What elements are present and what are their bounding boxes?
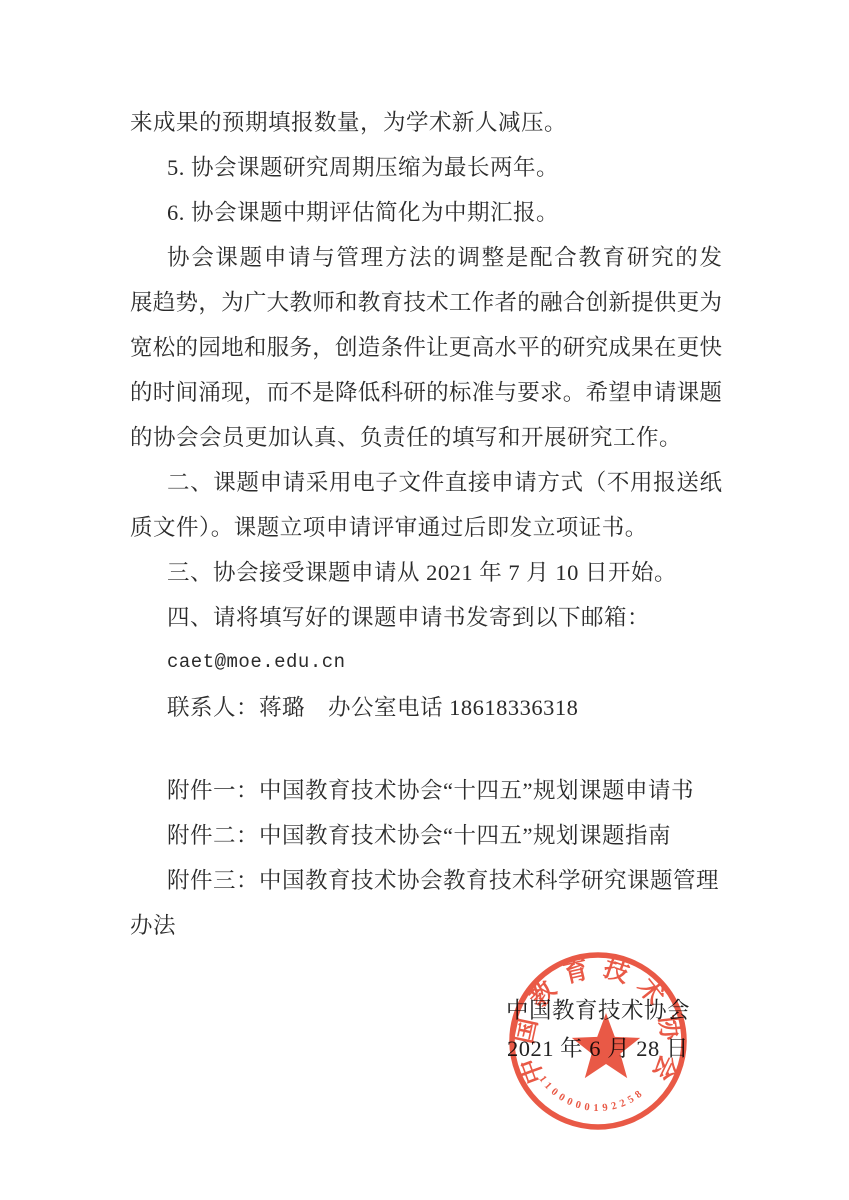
body-line: 5. 协会课题研究周期压缩为最长两年。 xyxy=(130,145,722,190)
body-line: 二、课题申请采用电子文件直接申请方式（不用报送纸 xyxy=(130,460,722,505)
document-body: 来成果的预期填报数量，为学术新人减压。 5. 协会课题研究周期压缩为最长两年。 … xyxy=(130,100,722,948)
seal-serial-number: 1100000192258 xyxy=(536,1074,647,1114)
body-line: 展趋势，为广大教师和教育技术工作者的融合创新提供更为 xyxy=(130,280,722,325)
body-line: 三、协会接受课题申请从 2021 年 7 月 10 日开始。 xyxy=(130,550,722,595)
body-line: 四、请将填写好的课题申请书发寄到以下邮箱： xyxy=(130,595,722,640)
body-line: 质文件）。课题立项申请评审通过后即发立项证书。 xyxy=(130,505,722,550)
contact-line: 联系人：蒋璐 办公室电话 18618336318 xyxy=(130,685,722,730)
body-line: 的时间涌现，而不是降低科研的标准与要求。希望申请课题 xyxy=(130,370,722,415)
body-line: 来成果的预期填报数量，为学术新人减压。 xyxy=(130,100,722,145)
attachment-line: 附件一：中国教育技术协会“十四五”规划课题申请书 xyxy=(130,768,722,813)
body-line: 宽松的园地和服务，创造条件让更高水平的研究成果在更快 xyxy=(130,325,722,370)
body-line: 的协会会员更加认真、负责任的填写和开展研究工作。 xyxy=(130,415,722,460)
attachment-line: 附件三：中国教育技术协会教育技术科学研究课题管理 xyxy=(130,858,722,903)
email-address: caet@moe.edu.cn xyxy=(130,640,722,685)
blank-line xyxy=(130,730,722,768)
signature-block: 中国教育技术协会 2021 年 6 月 28 日 xyxy=(498,992,698,1068)
attachment-line: 办法 xyxy=(130,903,722,948)
body-line: 6. 协会课题中期评估简化为中期汇报。 xyxy=(130,190,722,235)
document-page: 来成果的预期填报数量，为学术新人减压。 5. 协会课题研究周期压缩为最长两年。 … xyxy=(0,0,849,1200)
signature-date: 2021 年 6 月 28 日 xyxy=(498,1030,698,1068)
body-line: 协会课题申请与管理方法的调整是配合教育研究的发 xyxy=(130,235,722,280)
signature-org: 中国教育技术协会 xyxy=(498,992,698,1030)
attachment-line: 附件二：中国教育技术协会“十四五”规划课题指南 xyxy=(130,813,722,858)
